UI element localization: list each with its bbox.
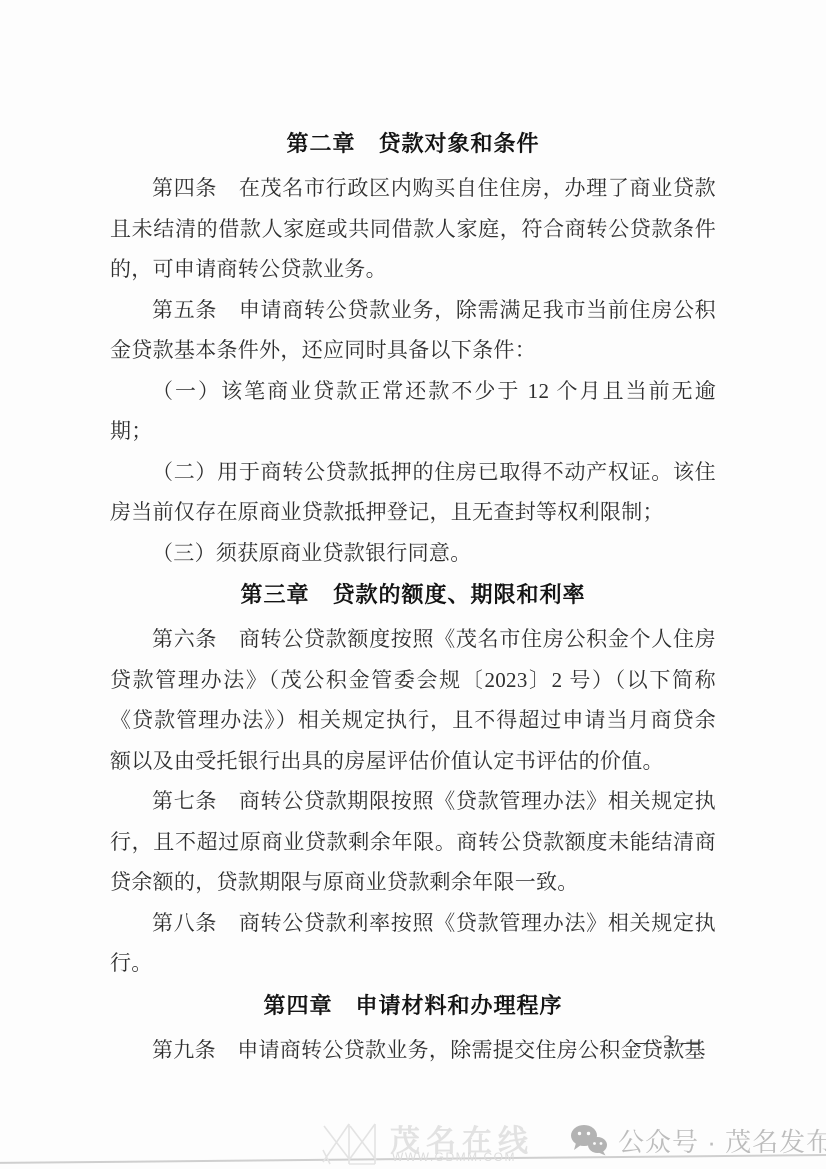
wechat-account-label: 公众号 · 茂名发布	[618, 1122, 826, 1159]
article-5-item-3: （三）须获原商业贷款银行同意。	[110, 533, 716, 574]
page-number: — 3 —	[614, 1032, 724, 1054]
article-4-paragraph: 第四条 在茂名市行政区内购买自住住房，办理了商业贷款且未结清的借款人家庭或共同借…	[110, 168, 716, 290]
document-body: 第二章 贷款对象和条件 第四条 在茂名市行政区内购买自住住房，办理了商业贷款且未…	[110, 124, 716, 1070]
scanned-document-page: 第二章 贷款对象和条件 第四条 在茂名市行政区内购买自住住房，办理了商业贷款且未…	[0, 0, 826, 1169]
chapter-heading-4: 第四章 申请材料和办理程序	[110, 986, 716, 1026]
chapter-heading-2: 第二章 贷款对象和条件	[110, 124, 716, 164]
article-6-paragraph: 第六条 商转公贷款额度按照《茂名市住房公积金个人住房贷款管理办法》（茂公积金管委…	[110, 619, 716, 781]
article-5-item-1: （一）该笔商业贷款正常还款不少于 12 个月且当前无逾期；	[110, 371, 716, 452]
article-5-item-2: （二）用于商转公贷款抵押的住房已取得不动产权证。该住房当前仅存在原商业贷款抵押登…	[110, 452, 716, 533]
wechat-icon	[570, 1124, 608, 1156]
article-8-paragraph: 第八条 商转公贷款利率按照《贷款管理办法》相关规定执行。	[110, 903, 716, 984]
article-7-paragraph: 第七条 商转公贷款期限按照《贷款管理办法》相关规定执行，且不超过原商业贷款剩余年…	[110, 781, 716, 903]
article-5-paragraph: 第五条 申请商转公贷款业务，除需满足我市当前住房公积金贷款基本条件外，还应同时具…	[110, 290, 716, 371]
wechat-account-badge: 公众号 · 茂名发布	[570, 1118, 826, 1162]
watermark-site-name: 茂名在线	[390, 1116, 534, 1160]
chapter-heading-3: 第三章 贷款的额度、期限和利率	[110, 575, 716, 615]
